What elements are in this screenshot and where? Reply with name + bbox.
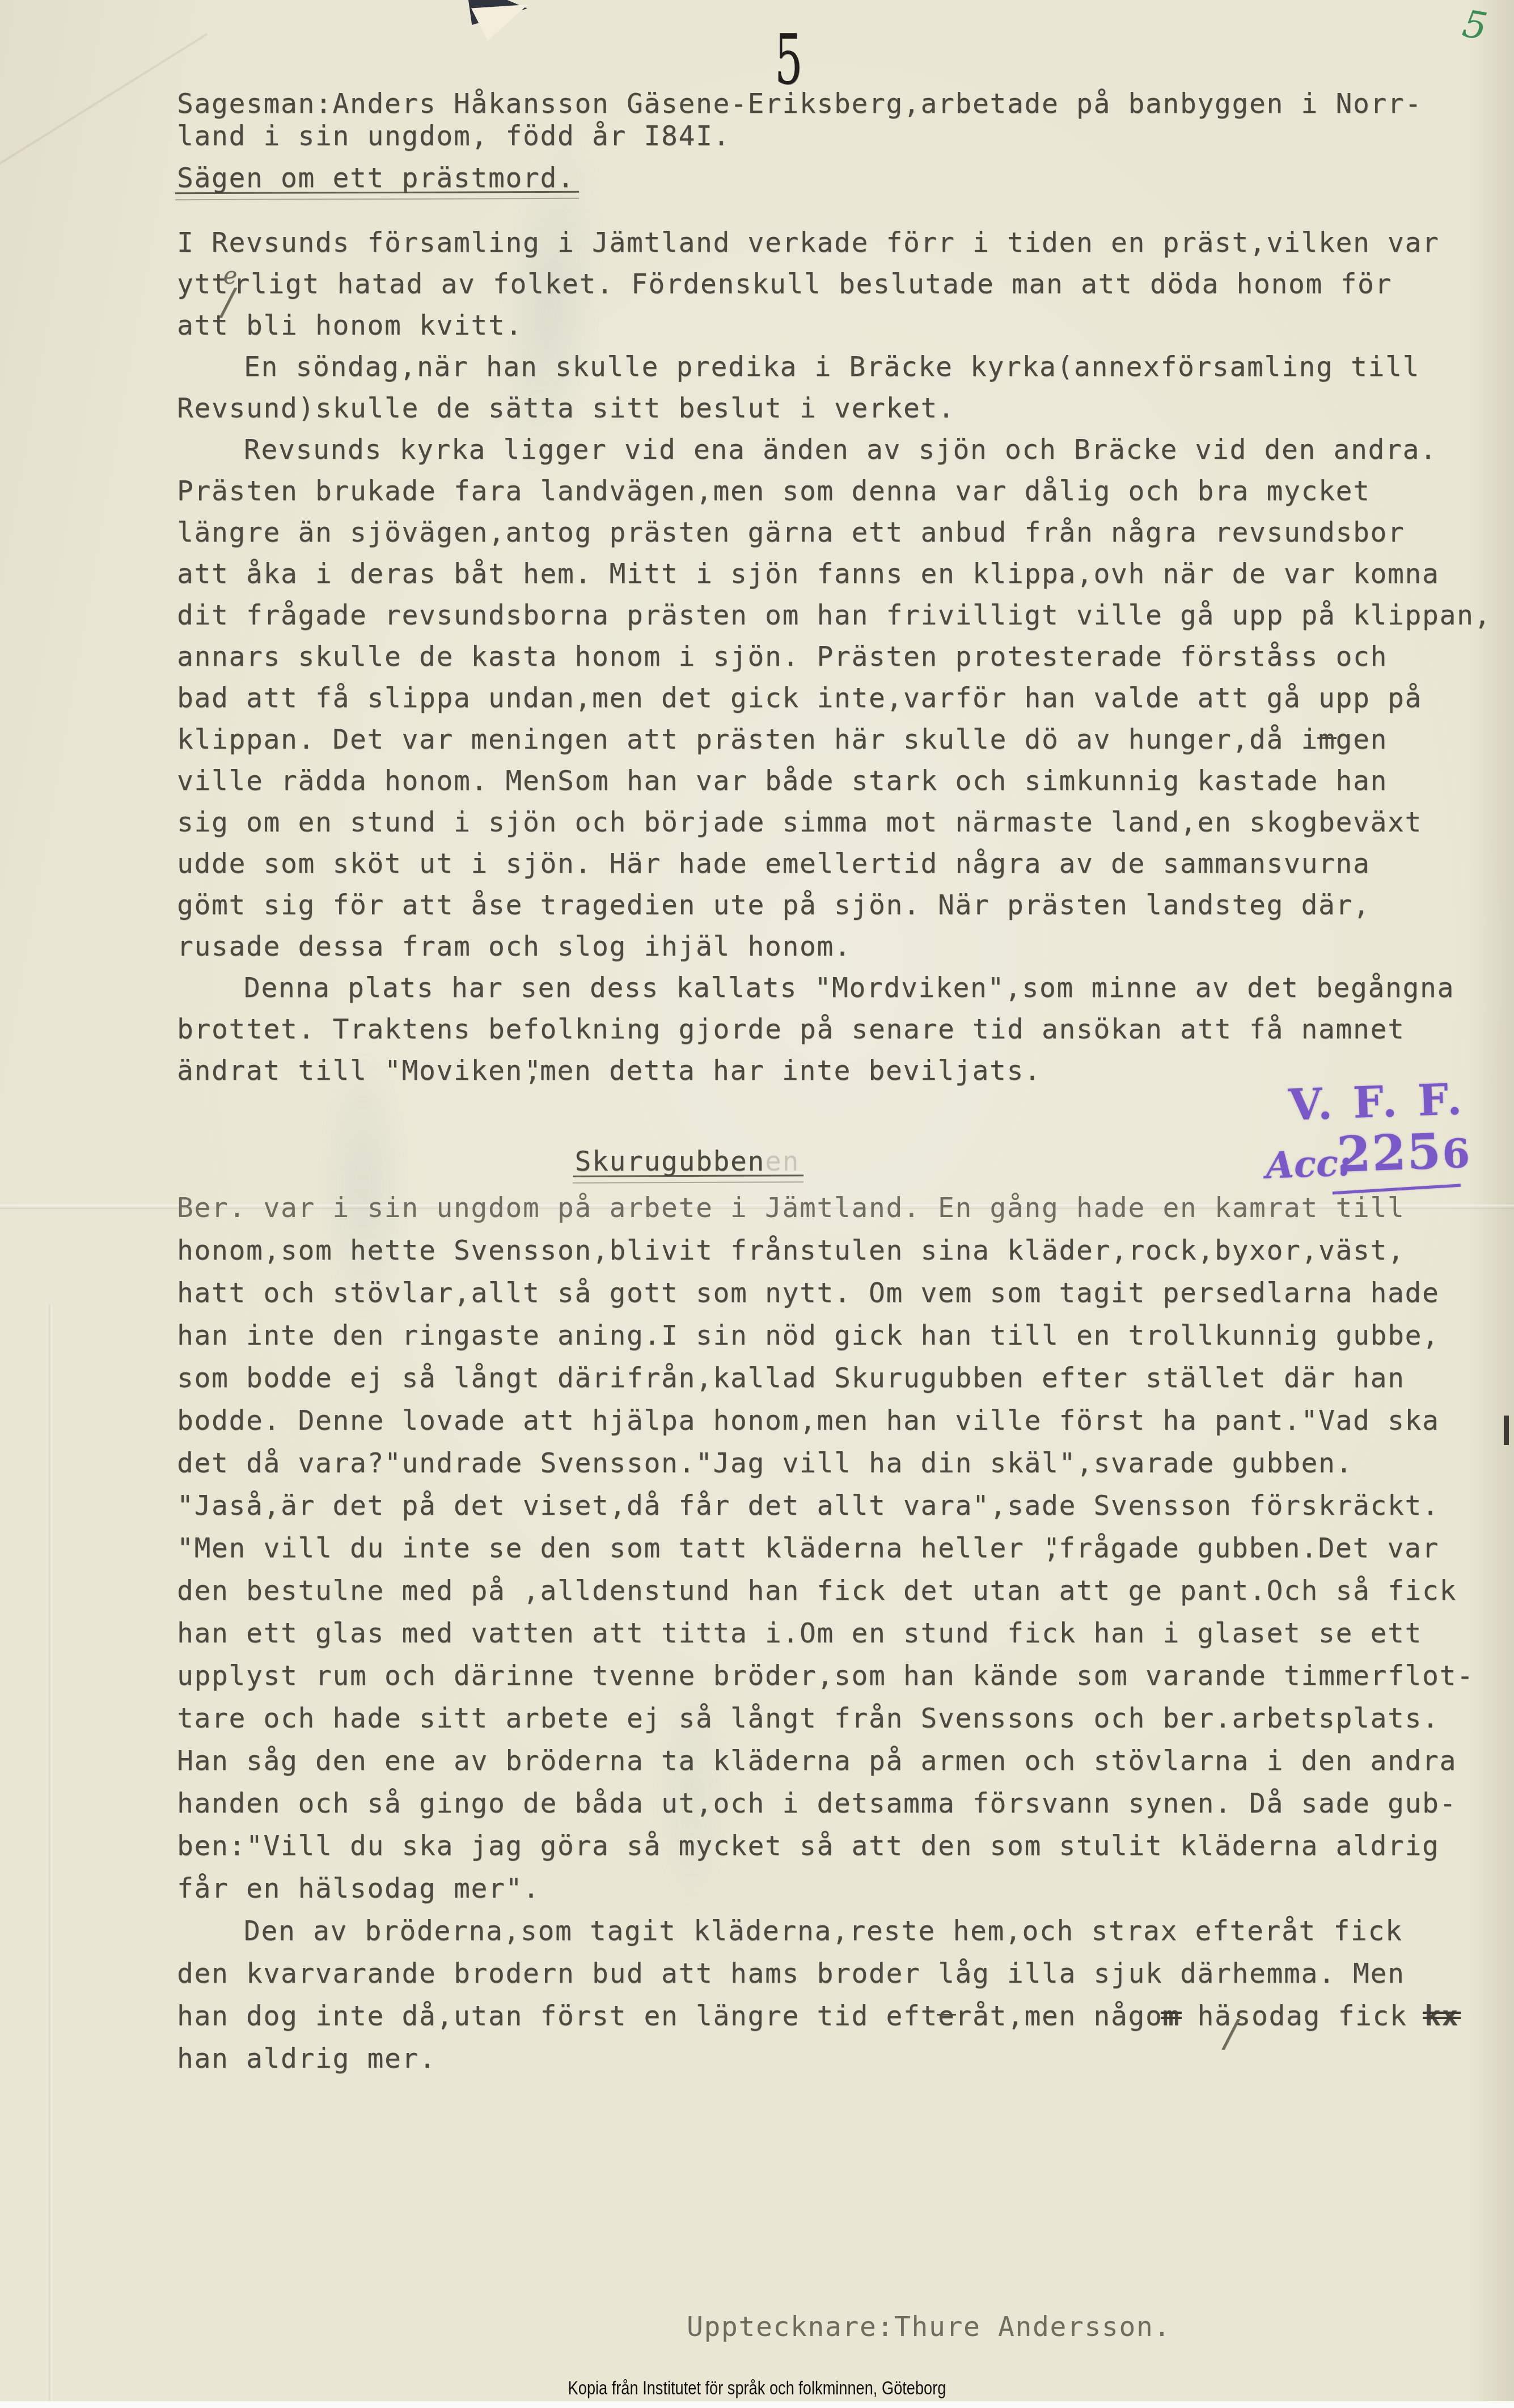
typed-line-16: klippan. Det var meningen att prästen hä…: [177, 726, 1388, 753]
recorder-line: Upptecknare:Thure Andersson.: [687, 2313, 1171, 2341]
overtyped-character: ,: [1043, 1535, 1061, 1562]
struck-out-text: m: [1162, 2000, 1180, 2032]
text-run: Revsund)skulle de sätta sitt beslut i ve…: [177, 392, 955, 424]
typed-line-30: som bodde ej så långt därifrån,kallad Sk…: [177, 1364, 1405, 1392]
typed-line-28: hatt och stövlar,allt så gott som nytt. …: [177, 1279, 1439, 1307]
typed-text: Sagesman:Anders Håkansson Gäsene-Eriksbe…: [0, 0, 1514, 27]
typed-line-7: En söndag,när han skulle predika i Bräck…: [244, 353, 1420, 381]
text-run: rusade dessa fram och slog ihjäl honom.: [177, 931, 851, 962]
text-run: bodde. Denne lovade att hjälpa honom,men…: [177, 1405, 1439, 1437]
section-heading-skurugubben: Skurugubbenen: [574, 1148, 799, 1175]
typed-line-18: sig om en stund i sjön och började simma…: [177, 809, 1422, 836]
footer-caption: Kopia från Institutet för språk och folk…: [568, 2377, 946, 2399]
typed-line-17: ville rädda honom. MenSom han var både s…: [177, 767, 1388, 795]
text-run: handen och så gingo de båda ut,och i det…: [177, 1788, 1457, 1819]
text-run: brottet. Traktens befolkning gjorde på s…: [177, 1013, 1405, 1045]
text-run: En söndag,när han skulle predika i Bräck…: [244, 351, 1420, 383]
typed-line-12: att åka i deras båt hem. Mitt i sjön fan…: [177, 560, 1439, 588]
text-run: udde som sköt ut i sjön. Här hade emelle…: [177, 848, 1370, 880]
typed-line-38: tare och hade sitt arbete ej så långt fr…: [177, 1705, 1439, 1732]
text-run: Sägen om ett prästmord.: [177, 162, 574, 194]
document-page: 5 5 Sagesman:Anders Håkansson Gäsene-Eri…: [0, 0, 1514, 2408]
text-run: ville rädda honom. MenSom han var både s…: [177, 765, 1388, 797]
typed-line-33: "Jaså,är det på det viset,då får det all…: [177, 1492, 1439, 1519]
typed-line-37: upplyst rum och därinne tvenne bröder,so…: [177, 1662, 1474, 1689]
stamp-acc-number-last: 6: [1441, 1130, 1472, 1178]
typed-line-13: dit frågade revsundsborna prästen om han…: [177, 602, 1491, 629]
typed-line-15: bad att få slippa undan,men det gick int…: [177, 685, 1422, 712]
typed-line-11: längre än sjövägen,antog prästen gärna e…: [177, 519, 1405, 546]
typed-line-27: honom,som hette Svensson,blivit frånstul…: [177, 1237, 1405, 1264]
overtyped-character: ,: [525, 1057, 542, 1084]
typed-line-5: ytte/rligt hatad av folket. Fördenskull …: [177, 271, 1392, 298]
typed-line-22: Denna plats har sen dess kallats "Mordvi…: [244, 974, 1454, 1002]
section-heading-prastmord: Sägen om ett prästmord.: [177, 164, 574, 192]
text-run: Prästen brukade fara landvägen,men som d…: [177, 475, 1370, 507]
insertion-slash: /: [1224, 2015, 1238, 2052]
faint-typed-text: en: [765, 1146, 800, 1177]
text-run: Upptecknare:Thure Andersson.: [687, 2311, 1171, 2343]
text-run: upplyst rum och därinne tvenne bröder,so…: [177, 1660, 1474, 1692]
typed-line-36: han ett glas med vatten att titta i.Om e…: [177, 1620, 1422, 1647]
text-run: klippan. Det var meningen att prästen hä…: [177, 724, 1318, 755]
text-run: råt,men någo: [955, 2000, 1162, 2032]
text-run: sig om en stund i sjön och började simma…: [177, 806, 1422, 838]
typed-line-10: Prästen brukade fara landvägen,men som d…: [177, 478, 1370, 505]
typed-line-14: annars skulle de kasta honom i sjön. Prä…: [177, 643, 1388, 670]
text-run: sodag fick: [1234, 2000, 1424, 2032]
overtyped-characters: ",: [523, 1057, 540, 1084]
typed-line-44: den kvarvarande brodern bud att hams bro…: [177, 1960, 1405, 1987]
typed-line-21: rusade dessa fram och slog ihjäl honom.: [177, 933, 851, 960]
typed-line-23: brottet. Traktens befolkning gjorde på s…: [177, 1016, 1405, 1043]
text-run: den bestulne med på ,alldenstund han fic…: [177, 1575, 1457, 1607]
vertical-fold-crease: [49, 1304, 52, 2408]
text-run: ändrat till "Moviken: [177, 1055, 523, 1087]
typed-line-35: den bestulne med på ,alldenstund han fic…: [177, 1577, 1457, 1604]
archive-stamp: V. F. F. Acc: 2256: [1248, 1074, 1491, 1213]
typed-line-20: gömt sig för att åse tragedien ute på sj…: [177, 892, 1370, 919]
text-run: Sagesman:Anders Håkansson Gäsene-Eriksbe…: [177, 88, 1422, 120]
typed-line-39: Han såg den ene av bröderna ta kläderna …: [177, 1747, 1457, 1775]
text-run: annars skulle de kasta honom i sjön. Prä…: [177, 641, 1388, 673]
text-run: dit frågade revsundsborna prästen om han…: [177, 599, 1491, 631]
stamp-acc-number-main: 225: [1336, 1123, 1443, 1184]
text-run: Skurugubben: [574, 1146, 764, 1177]
typed-line-45: han dog inte då,utan först en längre tid…: [177, 2003, 1459, 2030]
paper-edge-mark: [1504, 1416, 1509, 1445]
typed-line-8: Revsund)skulle de sätta sitt beslut i ve…: [177, 395, 955, 422]
page-number: 5: [775, 25, 803, 94]
typed-line-42: får en hälsodag mer".: [177, 1875, 540, 1902]
text-run: "Men vill du inte se den som tatt kläder…: [177, 1532, 1042, 1564]
stamp-underline: [1333, 1184, 1461, 1194]
stamp-organization-initials: V. F. F.: [1288, 1078, 1465, 1127]
overtyped-characters: ",: [1042, 1535, 1059, 1562]
stamp-acc-number: 2256: [1336, 1126, 1471, 1180]
text-run: gömt sig för att åse tragedien ute på sj…: [177, 889, 1370, 921]
text-run: men detta har inte beviljats.: [540, 1055, 1041, 1087]
text-run: hatt och stövlar,allt så gott som nytt. …: [177, 1277, 1439, 1309]
struck-out-text: kx: [1424, 2000, 1459, 2032]
text-run: Han såg den ene av bröderna ta kläderna …: [177, 1745, 1457, 1777]
text-run: bad att få slippa undan,men det gick int…: [177, 682, 1422, 714]
text-run: att åka i deras båt hem. Mitt i sjön fan…: [177, 558, 1439, 590]
typed-line-40: handen och så gingo de båda ut,och i det…: [177, 1790, 1457, 1817]
text-run: den kvarvarande brodern bud att hams bro…: [177, 1958, 1405, 1989]
text-run: han dog inte då,utan först en längre tid…: [177, 2000, 938, 2032]
text-run: gen: [1335, 724, 1388, 755]
text-run: tare och hade sitt arbete ej så långt fr…: [177, 1703, 1439, 1734]
typed-line-4: I Revsunds församling i Jämtland verkade…: [177, 229, 1439, 256]
text-run: land i sin ungdom, född år I84I.: [177, 120, 730, 152]
typed-line-31: bodde. Denne lovade att hjälpa honom,men…: [177, 1407, 1439, 1434]
text-run: Revsunds kyrka ligger vid ena änden av s…: [244, 434, 1437, 466]
text-run: I Revsunds församling i Jämtland verkade…: [177, 227, 1439, 259]
text-run: "Jaså,är det på det viset,då får det all…: [177, 1490, 1439, 1522]
text-run: frågade gubben.Det var: [1059, 1532, 1439, 1564]
text-run: Den av bröderna,som tagit kläderna,reste…: [244, 1915, 1402, 1947]
typed-line-41: ben:"Vill du ska jag göra så mycket så a…: [177, 1832, 1439, 1860]
text-run: han inte den ringaste aning.I sin nöd gi…: [177, 1320, 1439, 1351]
typed-line-34: "Men vill du inte se den som tatt kläder…: [177, 1535, 1439, 1562]
text-run: får en hälsodag mer".: [177, 1873, 540, 1904]
typed-line-43: Den av bröderna,som tagit kläderna,reste…: [244, 1917, 1402, 1945]
text-run: Denna plats har sen dess kallats "Mordvi…: [244, 972, 1454, 1004]
text-run: rligt hatad av folket. Fördenskull beslu…: [234, 268, 1392, 300]
typed-line-46: han aldrig mer.: [177, 2045, 436, 2072]
typed-line-1: Sagesman:Anders Håkansson Gäsene-Eriksbe…: [177, 90, 1422, 117]
text-run: som bodde ej så långt därifrån,kallad Sk…: [177, 1362, 1405, 1394]
typed-line-29: han inte den ringaste aning.I sin nöd gi…: [177, 1322, 1439, 1349]
text-run: han ett glas med vatten att titta i.Om e…: [177, 1617, 1422, 1649]
text-run: ytt: [177, 268, 229, 300]
overstruck-character: e: [938, 2000, 955, 2032]
text-run: längre än sjövägen,antog prästen gärna e…: [177, 517, 1405, 548]
typed-line-19: udde som sköt ut i sjön. Här hade emelle…: [177, 850, 1370, 877]
typed-line-6: att bli honom kvitt.: [177, 312, 523, 339]
text-run: han aldrig mer.: [177, 2043, 436, 2075]
typed-line-32: det då vara?"undrade Svensson."Jag vill …: [177, 1450, 1353, 1477]
text-run: ben:"Vill du ska jag göra så mycket så a…: [177, 1830, 1439, 1862]
typed-line-2: land i sin ungdom, född år I84I.: [177, 122, 730, 150]
typed-line-26: Ber. var i sin ungdom på arbete i Jämtla…: [177, 1194, 1405, 1222]
text-run: honom,som hette Svensson,blivit frånstul…: [177, 1235, 1405, 1266]
typed-line-9: Revsunds kyrka ligger vid ena änden av s…: [244, 436, 1437, 463]
text-run: att bli honom kvitt.: [177, 310, 523, 341]
text-run: det då vara?"undrade Svensson."Jag vill …: [177, 1447, 1353, 1479]
typed-line-24: ändrat till "Moviken",men detta har inte…: [177, 1057, 1041, 1084]
scan-bottom-strip: [0, 2401, 1514, 2408]
overstruck-character: m: [1318, 724, 1336, 755]
text-run: Ber. var i sin ungdom på arbete i Jämtla…: [177, 1192, 1405, 1224]
